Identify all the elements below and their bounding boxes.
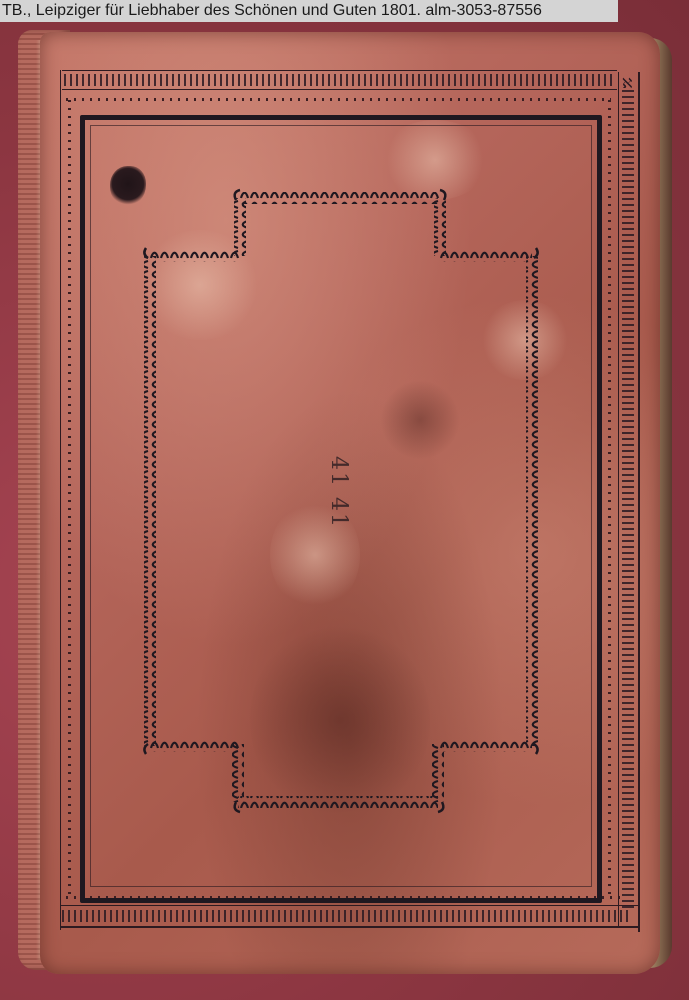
border-rule xyxy=(62,89,617,90)
border-rule xyxy=(638,72,640,932)
border-rule xyxy=(618,72,619,927)
border-rule xyxy=(60,70,61,930)
dotted-border-top xyxy=(66,98,611,101)
image-caption: TB., Leipziger für Liebhaber des Schönen… xyxy=(0,0,618,22)
wave-border-bottom xyxy=(62,910,632,922)
wave-border-top xyxy=(64,74,614,86)
wave-border-right xyxy=(622,90,634,910)
border-rule xyxy=(62,70,617,71)
dotted-border-left xyxy=(68,100,71,900)
border-rule xyxy=(60,905,640,906)
handwritten-shelf-mark: 41 41 xyxy=(326,456,351,529)
border-rule xyxy=(60,926,640,928)
dotted-border-right xyxy=(608,100,611,900)
